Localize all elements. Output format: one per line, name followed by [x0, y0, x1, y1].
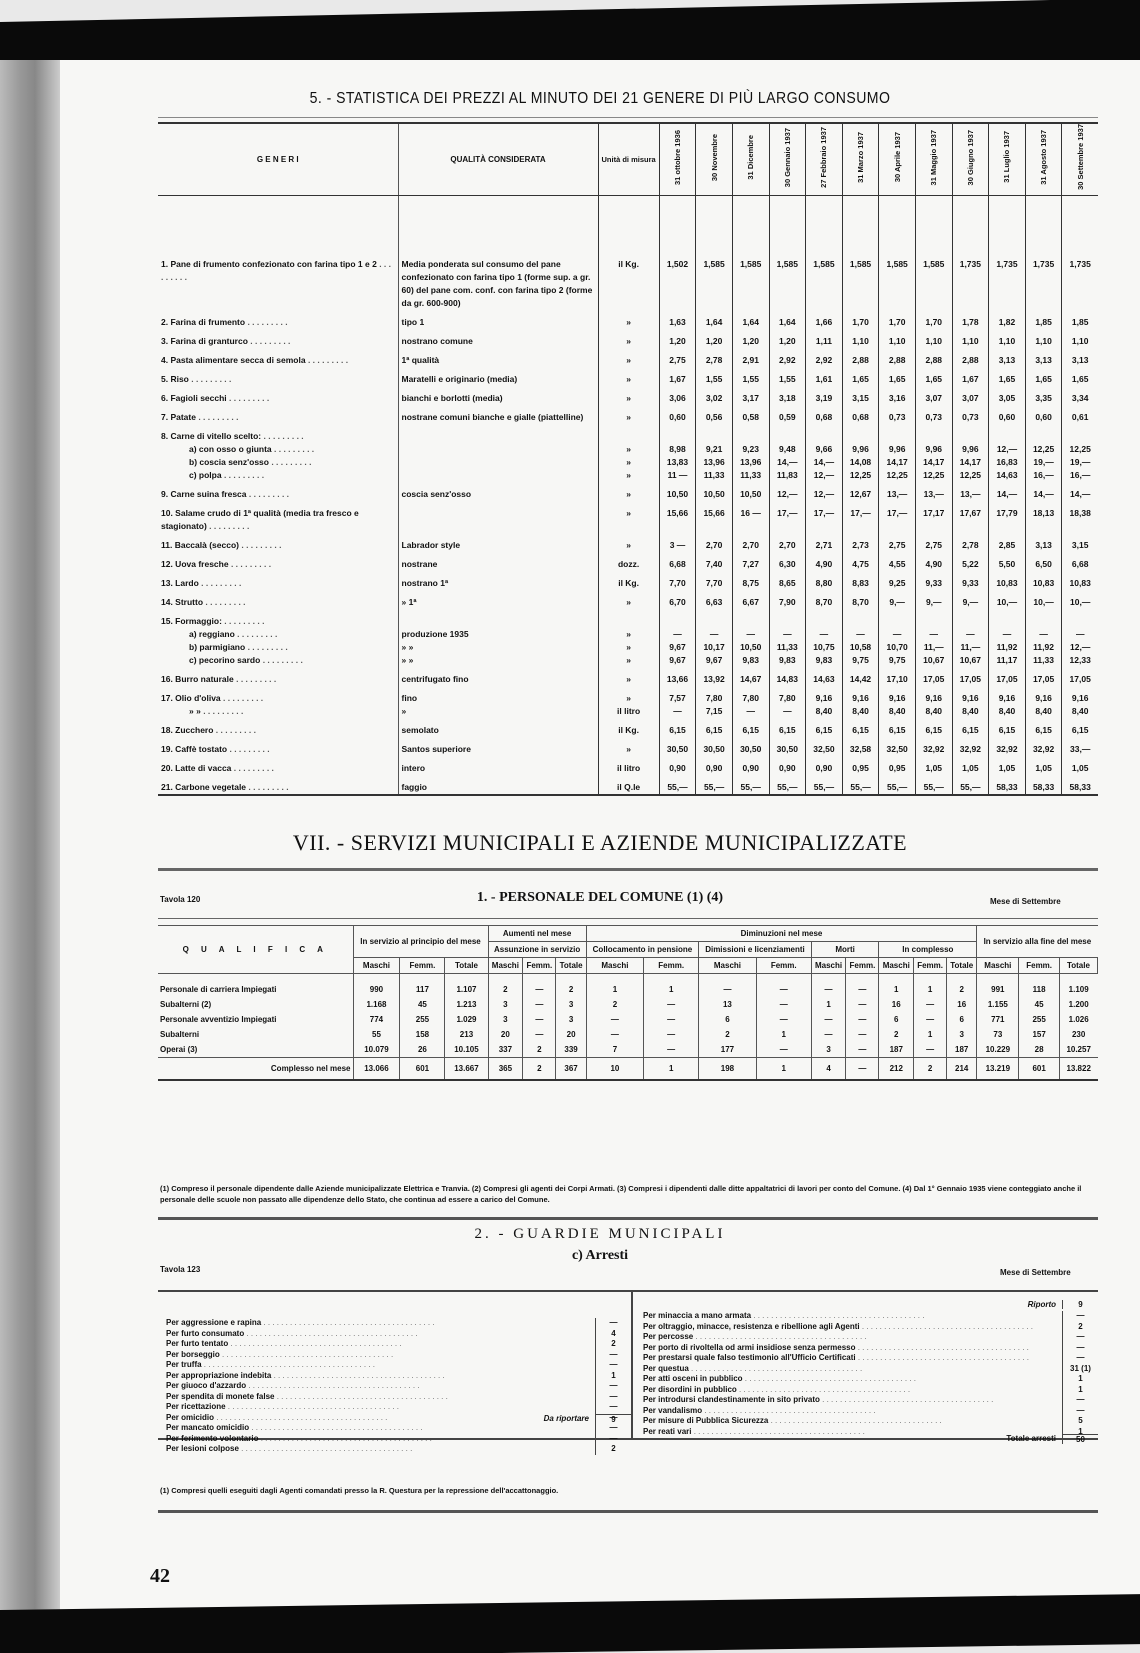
price-cell: 9,96 — [915, 443, 952, 456]
table3-subtitle: c) Arresti — [380, 1248, 820, 1264]
price-cell: 1,61 — [806, 367, 843, 386]
price-cell: 3,18 — [769, 386, 806, 405]
price-cell: 2,85 — [989, 533, 1026, 552]
arrest-item: Per oltraggio, minacce, resistenza e rib… — [643, 1322, 1098, 1333]
price-cell: 17,05 — [989, 667, 1026, 686]
table-subrow: a) con osso o giunta»8,989,219,239,489,6… — [158, 443, 1098, 456]
header-assunzione: Assunzione in servizio — [488, 942, 586, 958]
price-cell: 17,— — [769, 501, 806, 533]
price-cell: 10,17 — [696, 641, 733, 654]
price-cell: 11,92 — [1025, 641, 1062, 654]
price-cell: 8,40 — [879, 705, 916, 718]
table-row: 15. Formaggio: — [158, 609, 1098, 628]
price-cell: 17,— — [842, 501, 879, 533]
price-cell: 1,65 — [879, 367, 916, 386]
table1-title: 5. - STATISTICA DEI PREZZI AL MINUTO DEI… — [213, 90, 987, 108]
price-cell: 9,67 — [659, 654, 696, 667]
total-cell: 367 — [556, 1058, 586, 1081]
price-cell: 5,50 — [989, 552, 1026, 571]
header-date-label: 31 ottobre 1936 — [673, 130, 682, 185]
row-group: Personale di carriera — [160, 985, 239, 994]
price-cell: 1,65 — [989, 367, 1026, 386]
arrest-label: Per vandalismo — [643, 1406, 1062, 1417]
price-cell: 11,17 — [989, 654, 1026, 667]
price-cell: 9,16 — [879, 686, 916, 705]
qualita-cell: semolato — [398, 718, 598, 737]
header-totale: Totale — [1059, 958, 1097, 974]
value-cell: — — [756, 997, 811, 1012]
total-cell: 601 — [400, 1058, 445, 1081]
arrest-count: — — [1062, 1311, 1098, 1322]
value-cell: — — [756, 974, 811, 998]
value-cell: 1.029 — [445, 1012, 488, 1027]
grand-total-label: Totale arresti — [918, 1434, 1062, 1444]
price-cell: 17,05 — [952, 667, 989, 686]
price-cell: 12,— — [806, 469, 843, 482]
price-cell: 6,63 — [696, 590, 733, 609]
price-cell: 10,50 — [659, 482, 696, 501]
total-cell: 10 — [586, 1058, 643, 1081]
price-cell: 10,50 — [732, 641, 769, 654]
price-cell: 1,10 — [1062, 329, 1098, 348]
price-cell: 11,83 — [769, 469, 806, 482]
section-title: VII. - SERVIZI MUNICIPALI E AZIENDE MUNI… — [160, 830, 1040, 856]
genere-label: 21. Carbone vegetale — [161, 782, 289, 792]
month-label: Mese di Settembre — [990, 897, 1061, 906]
unita-cell: il litro — [598, 756, 659, 775]
total-cell: 13.822 — [1059, 1058, 1097, 1081]
price-cell: 0,61 — [1062, 405, 1098, 424]
price-cell: 1,20 — [696, 329, 733, 348]
value-cell: 6 — [699, 1012, 756, 1027]
header-maschi: Maschi — [811, 958, 846, 974]
price-cell: 8,40 — [806, 705, 843, 718]
arrest-label: Per spendita di monete false — [166, 1392, 595, 1403]
price-cell: 12,— — [769, 482, 806, 501]
price-cell: — — [806, 628, 843, 641]
price-statistics-table: G E N E R I QUALITÀ CONSIDERATA Unità di… — [158, 122, 1098, 796]
price-cell: 0,95 — [842, 756, 879, 775]
qualita-cell: intero — [398, 756, 598, 775]
price-cell: 10,— — [1062, 590, 1098, 609]
value-cell: 26 — [400, 1042, 445, 1058]
value-cell: 1.200 — [1059, 997, 1097, 1012]
header-date-label: 30 Aprile 1937 — [893, 132, 902, 182]
price-cell: 9,67 — [696, 654, 733, 667]
price-cell: 12,— — [806, 482, 843, 501]
price-cell: 1,65 — [915, 367, 952, 386]
price-cell: — — [659, 628, 696, 641]
price-cell: 55,— — [915, 775, 952, 795]
arrest-item: Per questua31 (1) — [643, 1364, 1098, 1375]
header-date: 31 Agosto 1937 — [1025, 123, 1062, 195]
value-cell: 230 — [1059, 1027, 1097, 1042]
price-cell — [806, 609, 843, 628]
price-cell: 2,75 — [659, 348, 696, 367]
price-cell: 6,15 — [732, 718, 769, 737]
price-cell: 6,15 — [1062, 718, 1098, 737]
header-date: 31 Dicembre — [732, 123, 769, 195]
price-cell: — — [989, 628, 1026, 641]
price-cell: 6,15 — [1025, 718, 1062, 737]
price-cell: 9,16 — [952, 686, 989, 705]
price-cell: 1,64 — [696, 310, 733, 329]
price-cell: 8,40 — [989, 705, 1026, 718]
total-label: Complesso nel mese — [158, 1058, 353, 1081]
price-cell: 58,33 — [1025, 775, 1062, 795]
price-cell: 12,— — [1062, 641, 1098, 654]
header-date: 30 Novembre — [696, 123, 733, 195]
price-cell: 9,96 — [842, 443, 879, 456]
header-date: 30 Aprile 1937 — [879, 123, 916, 195]
price-cell: 6,15 — [659, 718, 696, 737]
genere-label: 5. Riso — [161, 374, 231, 384]
price-cell: — — [659, 705, 696, 718]
arrest-item: Per ricettazione— — [166, 1402, 631, 1413]
value-cell: 3 — [556, 1012, 586, 1027]
price-cell: 1,05 — [915, 756, 952, 775]
price-cell: 9,67 — [659, 641, 696, 654]
arrest-label: Per borseggio — [166, 1350, 595, 1361]
arrest-label: Per ferimento volontario — [166, 1434, 595, 1445]
total-cell: 13.667 — [445, 1058, 488, 1081]
value-cell: — — [811, 974, 846, 998]
price-cell — [1062, 424, 1098, 443]
table3-title: 2. - GUARDIE MUNICIPALI — [380, 1226, 820, 1243]
price-cell: 17,05 — [1062, 667, 1098, 686]
value-cell: 118 — [1019, 974, 1059, 998]
value-cell: 1 — [914, 1027, 947, 1042]
grand-total-value: 50 — [1062, 1434, 1098, 1444]
genere-label: 7. Patate — [161, 412, 238, 422]
value-cell: 2 — [947, 974, 977, 998]
price-cell: 7,40 — [696, 552, 733, 571]
price-cell: 10,83 — [1025, 571, 1062, 590]
header-dimissioni: Dimissioni e licenziamenti — [699, 942, 812, 958]
price-cell: 17,05 — [915, 667, 952, 686]
price-cell: — — [732, 705, 769, 718]
header-femm: Femm. — [846, 958, 879, 974]
value-cell: 3 — [811, 1042, 846, 1058]
genere-label: 13. Lardo — [161, 578, 241, 588]
price-cell: 3,05 — [989, 386, 1026, 405]
price-cell: 8,83 — [842, 571, 879, 590]
value-cell: — — [811, 1027, 846, 1042]
price-cell: 14,83 — [769, 667, 806, 686]
price-cell: 10,— — [1025, 590, 1062, 609]
header-date-label: 31 Marzo 1937 — [856, 132, 865, 183]
price-cell: 14,17 — [915, 456, 952, 469]
price-cell: 1,82 — [989, 310, 1026, 329]
total-cell: 601 — [1019, 1058, 1059, 1081]
price-cell: 9,96 — [952, 443, 989, 456]
price-cell: 10,75 — [806, 641, 843, 654]
price-cell: 4,75 — [842, 552, 879, 571]
unita-cell: » — [598, 456, 659, 469]
price-cell: 17,17 — [915, 501, 952, 533]
value-cell: 20 — [556, 1027, 586, 1042]
header-date: 31 ottobre 1936 — [659, 123, 696, 195]
price-cell: 10,— — [989, 590, 1026, 609]
price-cell: 32,58 — [842, 737, 879, 756]
header-qualita: QUALITÀ CONSIDERATA — [398, 123, 598, 195]
unita-cell: » — [598, 628, 659, 641]
qualita-cell: faggio — [398, 775, 598, 795]
genere-label: 16. Burro naturale — [161, 674, 276, 684]
divider — [158, 1510, 1098, 1513]
value-cell: — — [523, 1012, 556, 1027]
price-cell: 10,67 — [915, 654, 952, 667]
qualita-cell — [398, 609, 598, 628]
price-cell: 3,35 — [1025, 386, 1062, 405]
genere-label: 1. Pane di frumento confezionato con far… — [161, 259, 391, 282]
value-cell: 1.026 — [1059, 1012, 1097, 1027]
table-subrow: b) coscia senz'osso»13,8313,9613,9614,—1… — [158, 456, 1098, 469]
price-cell: 0,90 — [732, 756, 769, 775]
arrest-item: Per introdursi clandestinamente in sito … — [643, 1395, 1098, 1406]
price-cell: 7,70 — [659, 571, 696, 590]
month-label: Mese di Settembre — [1000, 1268, 1071, 1277]
header-maschi: Maschi — [353, 958, 400, 974]
price-cell: 1,10 — [989, 329, 1026, 348]
value-cell: — — [846, 974, 879, 998]
price-cell — [879, 609, 916, 628]
arrest-label: Per appropriazione indebita — [166, 1371, 595, 1382]
value-cell: 255 — [1019, 1012, 1059, 1027]
header-femm: Femm. — [644, 958, 699, 974]
price-cell: 4,90 — [806, 552, 843, 571]
value-cell: 45 — [400, 997, 445, 1012]
value-cell: — — [523, 997, 556, 1012]
value-cell: 1 — [586, 974, 643, 998]
value-cell: — — [586, 1012, 643, 1027]
qualita-cell — [398, 501, 598, 533]
arrest-count: 1 — [1062, 1374, 1098, 1385]
price-cell: — — [696, 628, 733, 641]
price-cell: 1,20 — [659, 329, 696, 348]
price-cell: 1,85 — [1062, 310, 1098, 329]
value-cell: 339 — [556, 1042, 586, 1058]
value-cell: — — [586, 1027, 643, 1042]
price-cell: 14,63 — [989, 469, 1026, 482]
value-cell: 158 — [400, 1027, 445, 1042]
price-cell: 13,83 — [659, 456, 696, 469]
value-cell: 10.079 — [353, 1042, 400, 1058]
price-cell: 6,67 — [732, 590, 769, 609]
price-cell: — — [842, 628, 879, 641]
genere-label: » » — [161, 705, 395, 718]
price-cell: 1,10 — [879, 329, 916, 348]
price-cell: 14,17 — [952, 456, 989, 469]
arrest-label: Per lesioni colpose — [166, 1444, 595, 1455]
price-cell — [915, 609, 952, 628]
price-cell: 9,83 — [732, 654, 769, 667]
price-cell: 17,05 — [1025, 667, 1062, 686]
price-cell: 9,75 — [879, 654, 916, 667]
value-cell: 2 — [879, 1027, 914, 1042]
price-cell: — — [915, 628, 952, 641]
scan-border-left — [0, 60, 60, 1620]
arrest-count: 2 — [595, 1339, 631, 1350]
arrest-count: — — [595, 1434, 631, 1445]
price-cell: — — [952, 628, 989, 641]
price-cell: 58,33 — [1062, 775, 1098, 795]
price-cell: 7,90 — [769, 590, 806, 609]
price-cell: 12,25 — [915, 469, 952, 482]
header-date: 30 Settembre 1937 — [1062, 123, 1098, 195]
table-row: 4. Pasta alimentare secca di semola1ª qu… — [158, 348, 1098, 367]
arrest-item: Per giuoco d'azzardo— — [166, 1381, 631, 1392]
price-cell: 3,16 — [879, 386, 916, 405]
unita-cell: » — [598, 386, 659, 405]
value-cell: 20 — [488, 1027, 523, 1042]
value-cell: 10.257 — [1059, 1042, 1097, 1058]
value-cell: — — [644, 1027, 699, 1042]
price-cell: — — [769, 628, 806, 641]
table-row: 12. Uova freschenostranedozz.6,687,407,2… — [158, 552, 1098, 571]
row-label: Impiegati — [241, 1015, 276, 1024]
genere-label: 15. Formaggio: — [161, 616, 264, 626]
price-cell: 1,65 — [1025, 367, 1062, 386]
price-cell: 18,13 — [1025, 501, 1062, 533]
table-row: 21. Carbone vegetalefaggioil Q.le55,—55,… — [158, 775, 1098, 795]
price-cell: 0,90 — [659, 756, 696, 775]
arrest-count: — — [595, 1423, 631, 1434]
price-cell: 8,40 — [842, 705, 879, 718]
price-cell: 2,88 — [879, 348, 916, 367]
table-row: 5. RisoMaratelli e originario (media)»1,… — [158, 367, 1098, 386]
price-cell: 16,— — [1062, 469, 1098, 482]
value-cell: 2 — [523, 1042, 556, 1058]
unita-cell: il litro — [598, 705, 659, 718]
price-cell: 6,30 — [769, 552, 806, 571]
price-cell: 1,735 — [1062, 195, 1098, 310]
value-cell: — — [811, 1012, 846, 1027]
genere-label: 11. Baccalà (secco) — [161, 540, 282, 550]
price-cell: 10,50 — [732, 482, 769, 501]
price-cell — [842, 609, 879, 628]
value-cell: — — [846, 997, 879, 1012]
value-cell: 187 — [947, 1042, 977, 1058]
arrest-count: — — [595, 1381, 631, 1392]
price-cell: 3,15 — [1062, 533, 1098, 552]
header-date-label: 27 Febbraio 1937 — [819, 127, 828, 188]
value-cell: 1.155 — [977, 997, 1019, 1012]
table-row: Personale avventizio Impiegati7742551.02… — [158, 1012, 1098, 1027]
header-totale: Totale — [947, 958, 977, 974]
total-cell: 13.219 — [977, 1058, 1019, 1081]
header-date-label: 31 Maggio 1937 — [929, 130, 938, 185]
arrest-count: — — [1062, 1395, 1098, 1406]
price-cell: 1,05 — [1025, 756, 1062, 775]
value-cell: 213 — [445, 1027, 488, 1042]
header-aumenti: Aumenti nel mese — [488, 926, 586, 942]
arrest-item: Per borseggio— — [166, 1350, 631, 1361]
price-cell: 55,— — [952, 775, 989, 795]
header-date-label: 31 Dicembre — [746, 135, 755, 180]
price-cell: 6,70 — [659, 590, 696, 609]
qualita-cell: » 1ª — [398, 590, 598, 609]
arrest-count: 4 — [595, 1329, 631, 1340]
price-cell: 1,63 — [659, 310, 696, 329]
price-cell: 9,16 — [915, 686, 952, 705]
price-cell: 2,92 — [769, 348, 806, 367]
price-cell: 9,16 — [989, 686, 1026, 705]
price-cell: 4,90 — [915, 552, 952, 571]
price-cell: 19,— — [1025, 456, 1062, 469]
arrest-item: Per lesioni colpose2 — [166, 1444, 631, 1455]
value-cell: — — [846, 1027, 879, 1042]
subtotal-label: Da riportare — [488, 1414, 595, 1424]
arrest-item: Per spendita di monete false— — [166, 1392, 631, 1403]
arrest-count: 1 — [1062, 1385, 1098, 1396]
price-cell: — — [769, 705, 806, 718]
value-cell: 3 — [488, 997, 523, 1012]
price-cell: 9,66 — [806, 443, 843, 456]
unita-cell: il Q.le — [598, 775, 659, 795]
price-cell — [989, 424, 1026, 443]
arrests-footnote: (1) Compresi quelli eseguiti dagli Agent… — [160, 1485, 1100, 1496]
header-femm: Femm. — [1019, 958, 1059, 974]
header-totale: Totale — [556, 958, 586, 974]
qualita-cell: » » — [398, 654, 598, 667]
price-cell: 1,05 — [952, 756, 989, 775]
price-cell: 2,78 — [952, 533, 989, 552]
qualita-cell: » » — [398, 641, 598, 654]
header-complesso: In complesso — [879, 942, 977, 958]
genere-label: c) pecorino sardo — [161, 654, 395, 667]
price-cell: 6,15 — [806, 718, 843, 737]
price-cell: 14,— — [806, 456, 843, 469]
value-cell: — — [914, 1012, 947, 1027]
arrest-item: Per minaccia a mano armata— — [643, 1311, 1098, 1322]
arrest-label: Per prestarsi quale falso testimonio all… — [643, 1353, 1062, 1364]
value-cell: — — [846, 1012, 879, 1027]
value-cell: 28 — [1019, 1042, 1059, 1058]
unita-cell: » — [598, 310, 659, 329]
price-cell: 3,13 — [989, 348, 1026, 367]
genere-label: 12. Uova fresche — [161, 559, 271, 569]
scan-border-top-inner — [0, 34, 1140, 62]
price-cell: 1,585 — [915, 195, 952, 310]
header-date: 31 Maggio 1937 — [915, 123, 952, 195]
price-cell: 11,33 — [769, 641, 806, 654]
price-cell — [1025, 424, 1062, 443]
table-row: 10. Salame crudo di 1ª qualità (media tr… — [158, 501, 1098, 533]
price-cell: 2,92 — [806, 348, 843, 367]
divider — [158, 117, 1098, 118]
column-divider — [631, 1292, 633, 1438]
total-cell: 198 — [699, 1058, 756, 1081]
arrest-label: Per disordini in pubblico — [643, 1385, 1062, 1396]
tavola-label: Tavola 120 — [160, 895, 200, 904]
price-cell: 1,70 — [879, 310, 916, 329]
price-cell: 6,15 — [915, 718, 952, 737]
price-cell: 10,83 — [989, 571, 1026, 590]
price-cell: 1,65 — [1062, 367, 1098, 386]
value-cell: 16 — [879, 997, 914, 1012]
total-cell: 2 — [914, 1058, 947, 1081]
price-cell — [952, 424, 989, 443]
arrest-item: Per disordini in pubblico1 — [643, 1385, 1098, 1396]
qualita-cell: nostrano 1ª — [398, 571, 598, 590]
unita-cell: » — [598, 348, 659, 367]
price-cell: 55,— — [842, 775, 879, 795]
table2-title: 1. - PERSONALE DEL COMUNE (1) (4) — [380, 890, 820, 906]
price-cell: 13,66 — [659, 667, 696, 686]
price-cell: 3,17 — [732, 386, 769, 405]
arrest-count: — — [1062, 1332, 1098, 1343]
